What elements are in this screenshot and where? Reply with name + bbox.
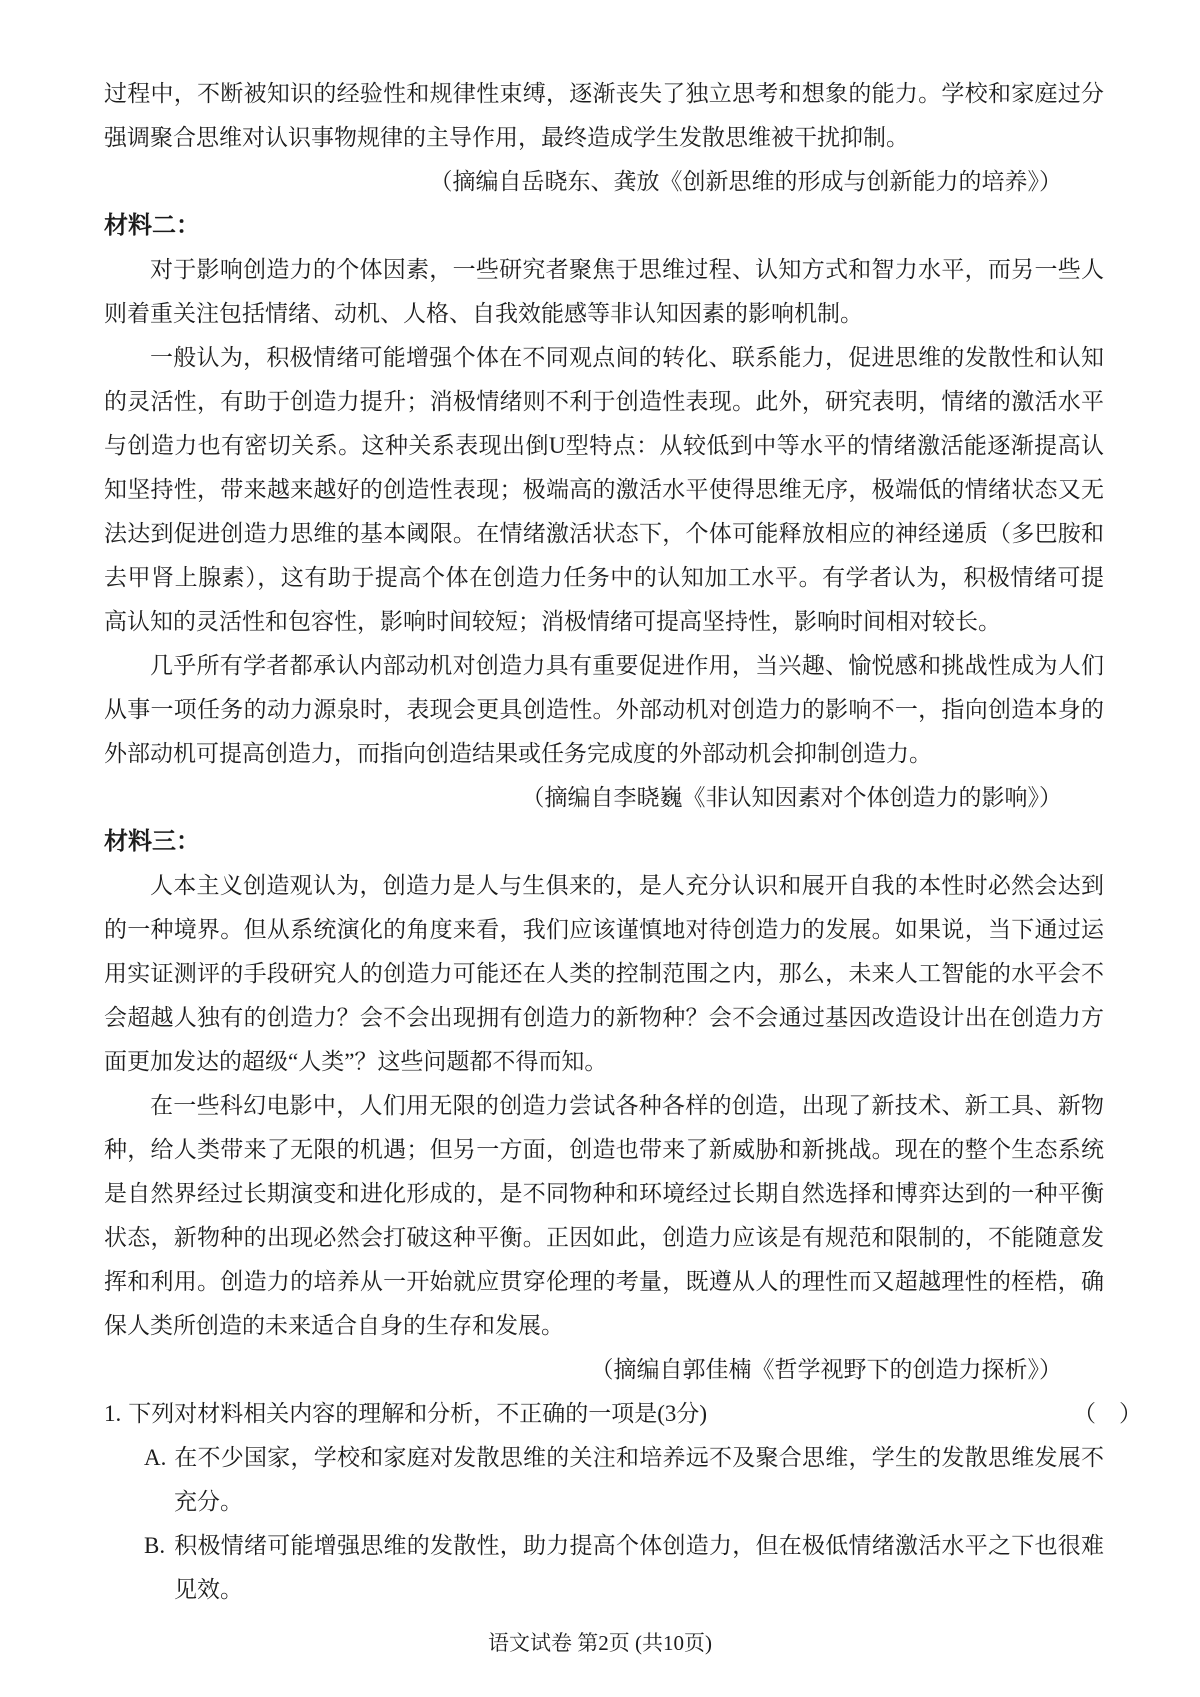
question-1-answer-bracket: （ ） [1073,1392,1142,1436]
material-2-paragraph-3: 几乎所有学者都承认内部动机对创造力具有重要促进作用，当兴趣、愉悦感和挑战性成为人… [104,644,1104,776]
page-footer: 语文试卷 第2页 (共10页) [0,1628,1200,1658]
material-2-heading: 材料二： [104,204,1104,248]
option-a-text: 在不少国家，学校和家庭对发散思维的关注和培养远不及聚合思维，学生的发散思维发展不… [174,1445,1104,1514]
question-1: 1. 下列对材料相关内容的理解和分析，不正确的一项是(3分) （ ） [104,1392,1104,1436]
material-3-paragraph-1: 人本主义创造观认为，创造力是人与生俱来的，是人充分认识和展开自我的本性时必然会达… [104,864,1104,1084]
question-1-option-b: B.积极情绪可能增强思维的发散性，助力提高个体创造力，但在极低情绪激活水平之下也… [144,1524,1104,1612]
option-b-text: 积极情绪可能增强思维的发散性，助力提高个体创造力，但在极低情绪激活水平之下也很难… [174,1533,1104,1602]
question-1-option-a: A.在不少国家，学校和家庭对发散思维的关注和培养远不及聚合思维，学生的发散思维发… [144,1436,1104,1524]
continuation-paragraph: 过程中，不断被知识的经验性和规律性束缚，逐渐丧失了独立思考和想象的能力。学校和家… [104,72,1104,160]
material-2-paragraph-2: 一般认为，积极情绪可能增强个体在不同观点间的转化、联系能力，促进思维的发散性和认… [104,336,1104,644]
citation-material-3: （摘编自郭佳楠《哲学视野下的创造力探析》） [104,1348,1104,1392]
question-1-stem: 下列对材料相关内容的理解和分析，不正确的一项是(3分) [128,1392,1073,1436]
question-1-number: 1. [104,1392,128,1436]
citation-material-2: （摘编自李晓巍《非认知因素对个体创造力的影响》） [104,776,1104,820]
material-3-heading: 材料三： [104,820,1104,864]
option-a-label: A. [144,1436,174,1480]
option-b-label: B. [144,1524,174,1568]
citation-material-1: （摘编自岳晓东、龚放《创新思维的形成与创新能力的培养》） [104,160,1104,204]
material-2-paragraph-1: 对于影响创造力的个体因素，一些研究者聚焦于思维过程、认知方式和智力水平，而另一些… [104,248,1104,336]
exam-page-content: 过程中，不断被知识的经验性和规律性束缚，逐渐丧失了独立思考和想象的能力。学校和家… [104,72,1104,1612]
material-3-paragraph-2: 在一些科幻电影中，人们用无限的创造力尝试各种各样的创造，出现了新技术、新工具、新… [104,1084,1104,1348]
